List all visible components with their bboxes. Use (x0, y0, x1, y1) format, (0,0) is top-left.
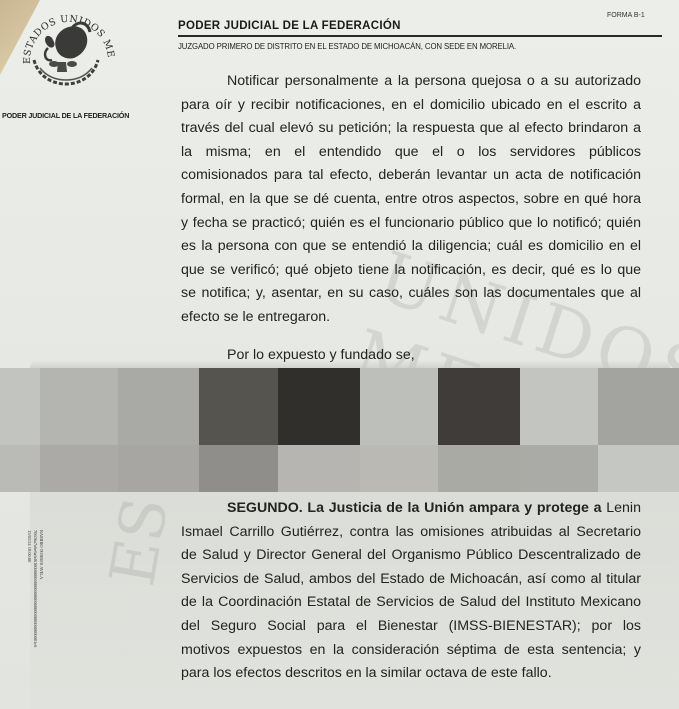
paragraph-notification: Notificar personalmente a la persona que… (181, 70, 641, 330)
redaction-block (0, 445, 40, 492)
paragraph-line: través del cual elevó su petición; la re… (181, 117, 641, 141)
beneficiary-first-name: Lenin (606, 500, 641, 516)
paragraph-line: formal, en la que se dé cuenta, entre ot… (181, 188, 641, 212)
paragraph-line: que se verificó; qué objeto tiene la not… (181, 259, 641, 283)
paragraph-line: efecto se le entregaron. (181, 306, 641, 330)
paragraph-line: es la persona con que se entendió la dil… (181, 235, 641, 259)
paragraph-line: la misma; en el entendido que el o los s… (181, 141, 641, 165)
redaction-block (199, 445, 278, 492)
redaction-block (520, 368, 598, 445)
redaction-block (199, 368, 278, 445)
redaction-block (438, 445, 520, 492)
paragraph-line: Ismael Carrillo Gutiérrez, contra las om… (181, 521, 641, 545)
resolutive-heading: SEGUNDO. La Justicia de la Unión ampara … (227, 500, 602, 516)
court-name: JUZGADO PRIMERO DE DISTRITO EN EL ESTADO… (178, 42, 516, 51)
signer-name: RAMIRO TORRES AVILA (39, 530, 44, 579)
redaction-block (118, 368, 199, 445)
header-title: PODER JUDICIAL DE LA FEDERACIÓN (178, 20, 401, 32)
paragraph-line: de Salud y Director General del Organism… (181, 544, 641, 568)
paragraph-line: SEGUNDO. La Justicia de la Unión ampara … (181, 497, 641, 521)
document-page: UNIDOS ME ES ESTADOS UNIDOS MEXICANOS PO (0, 0, 679, 709)
mexican-coat-of-arms-icon: ESTADOS UNIDOS MEXICANOS (12, 2, 120, 94)
redaction-block (278, 368, 360, 445)
redaction-block (360, 445, 438, 492)
header-divider (178, 35, 662, 37)
paragraph-segundo: SEGUNDO. La Justicia de la Unión ampara … (181, 497, 641, 686)
pixelated-redaction (0, 368, 679, 492)
paragraph-line: del Seguro Social para el Bienestar (IMS… (181, 615, 641, 639)
redaction-block (40, 368, 118, 445)
paragraph-line: para los efectos descritos en la similar… (181, 662, 641, 686)
paragraph-line: se notifica; y, asentar, en su caso, cuá… (181, 282, 641, 306)
form-code: FORMA B-1 (607, 12, 645, 19)
redaction-block (278, 445, 360, 492)
redaction-block (40, 445, 118, 492)
redaction-block (520, 445, 598, 492)
paragraph-line: de la Coordinación Estatal de Servicios … (181, 591, 641, 615)
signature-hash: 70636a7a6e6a6d61000000000000000000000000… (33, 530, 38, 647)
paragraph-line: comisionados para tal efecto, deberán le… (181, 164, 641, 188)
redaction-block (0, 368, 40, 445)
paragraph-line: Notificar personalmente a la persona que… (181, 70, 641, 94)
redaction-block (598, 368, 679, 445)
redaction-block (360, 368, 438, 445)
paragraph-line: motivos expuestos en la consideración sé… (181, 639, 641, 663)
redaction-block (598, 445, 679, 492)
redaction-block (118, 445, 199, 492)
paragraph-line: y fecha se practicó; quién es el funcion… (181, 212, 641, 236)
redaction-block (438, 368, 520, 445)
seal-caption: PODER JUDICIAL DE LA FEDERACIÓN (2, 111, 129, 120)
electronic-signature-stamp: RAMIRO TORRES AVILA 70636a7a6e6a6d610000… (14, 530, 48, 650)
signature-timestamp: 15/05/24 18:00:00 (27, 530, 32, 562)
paragraph-line: Servicios de Salud, ambos del Estado de … (181, 568, 641, 592)
paragraph-line: para oír y recibir notificaciones, en el… (181, 94, 641, 118)
